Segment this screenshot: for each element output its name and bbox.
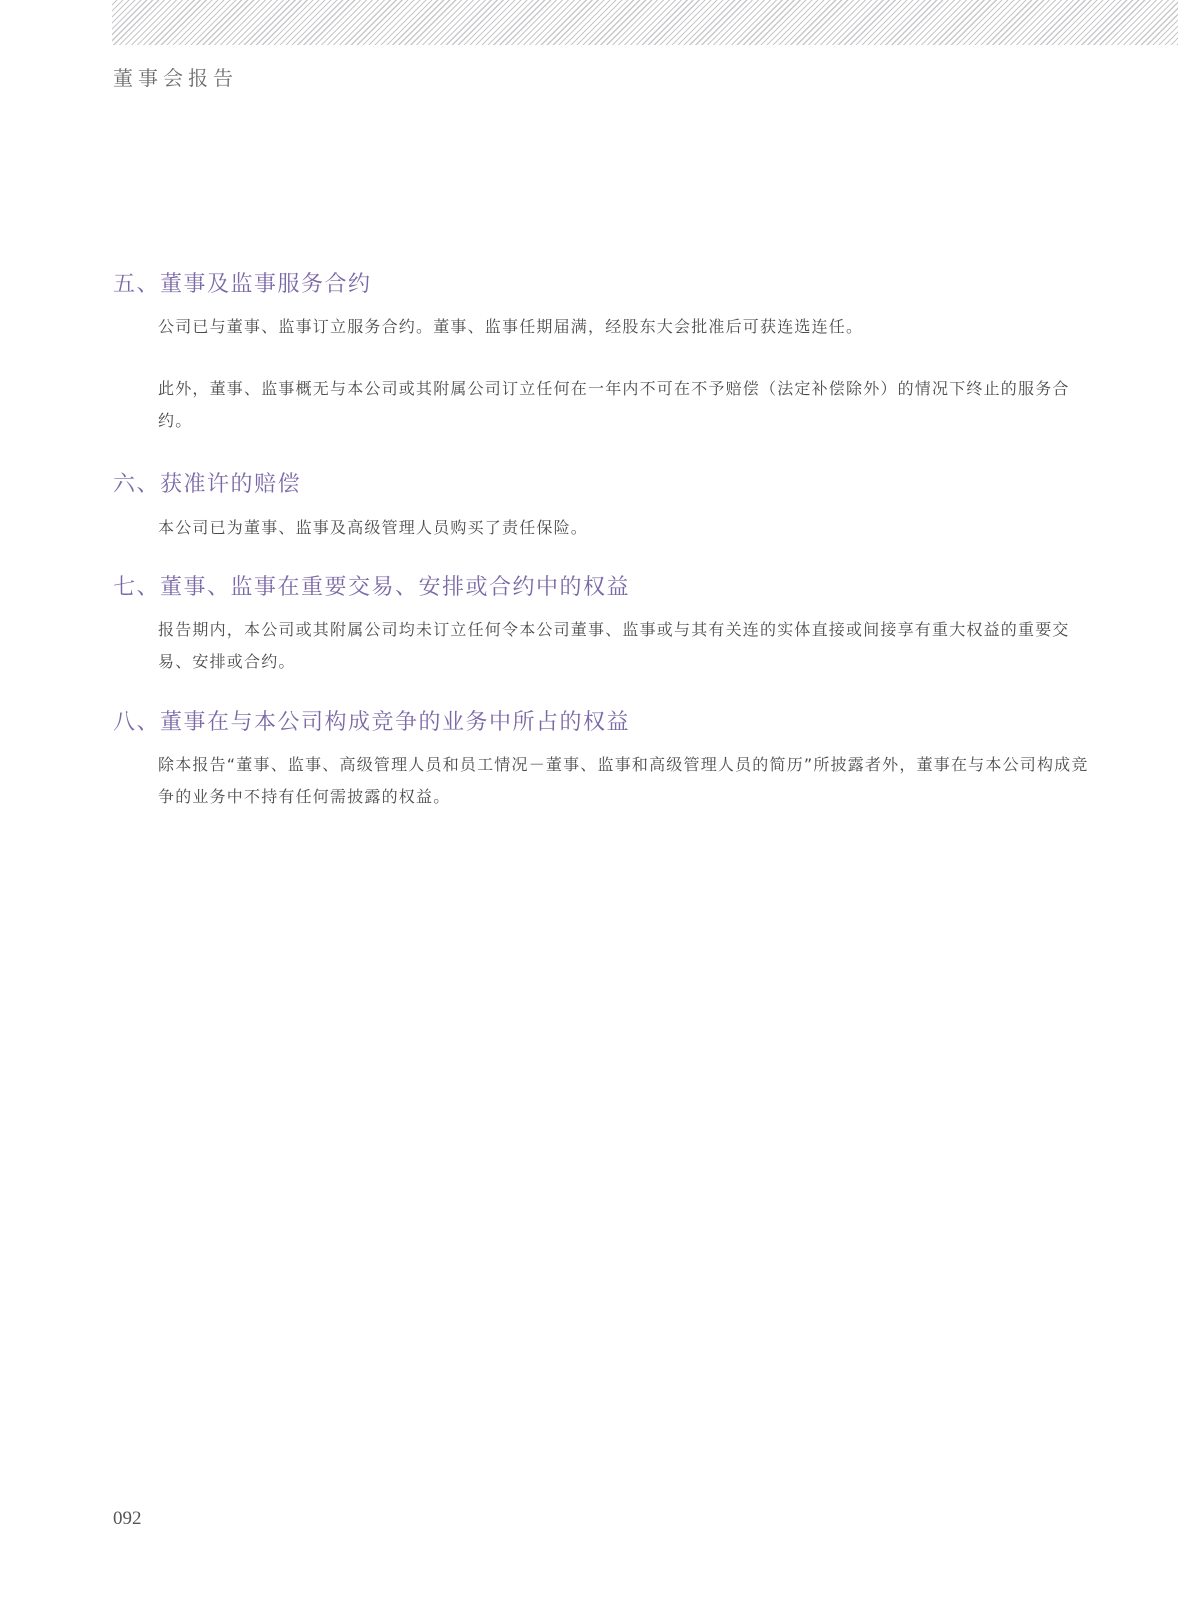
section-heading: 六、获准许的赔偿	[113, 470, 1098, 500]
paragraph: 此外，董事、监事概无与本公司或其附属公司订立任何在一年内不可在不予赔偿（法定补偿…	[113, 373, 1098, 437]
paragraph: 报告期内，本公司或其附属公司均未订立任何令本公司董事、监事或与其有关连的实体直接…	[113, 614, 1098, 678]
running-header-title: 董事会报告	[113, 62, 238, 91]
paragraph: 除本报告“董事、监事、高级管理人员和员工情况－董事、监事和高级管理人员的简历”所…	[113, 749, 1098, 813]
section-director-supervisor-service-contracts: 五、董事及监事服务合约 公司已与董事、监事订立服务合约。董事、监事任期届满，经股…	[113, 270, 1098, 437]
section-interests-in-transactions: 七、董事、监事在重要交易、安排或合约中的权益 报告期内，本公司或其附属公司均未订…	[113, 573, 1098, 678]
decorative-hatch-band	[112, 0, 1178, 45]
section-heading: 八、董事在与本公司构成竞争的业务中所占的权益	[113, 708, 1098, 738]
page-number: 092	[113, 1508, 142, 1530]
paragraph: 本公司已为董事、监事及高级管理人员购买了责任保险。	[113, 512, 1098, 544]
paragraph: 公司已与董事、监事订立服务合约。董事、监事任期届满，经股东大会批准后可获连选连任…	[113, 311, 1098, 343]
section-heading: 五、董事及监事服务合约	[113, 270, 1098, 300]
section-permitted-indemnity: 六、获准许的赔偿 本公司已为董事、监事及高级管理人员购买了责任保险。	[113, 470, 1098, 544]
section-heading: 七、董事、监事在重要交易、安排或合约中的权益	[113, 573, 1098, 603]
section-competing-business-interests: 八、董事在与本公司构成竞争的业务中所占的权益 除本报告“董事、监事、高级管理人员…	[113, 708, 1098, 813]
